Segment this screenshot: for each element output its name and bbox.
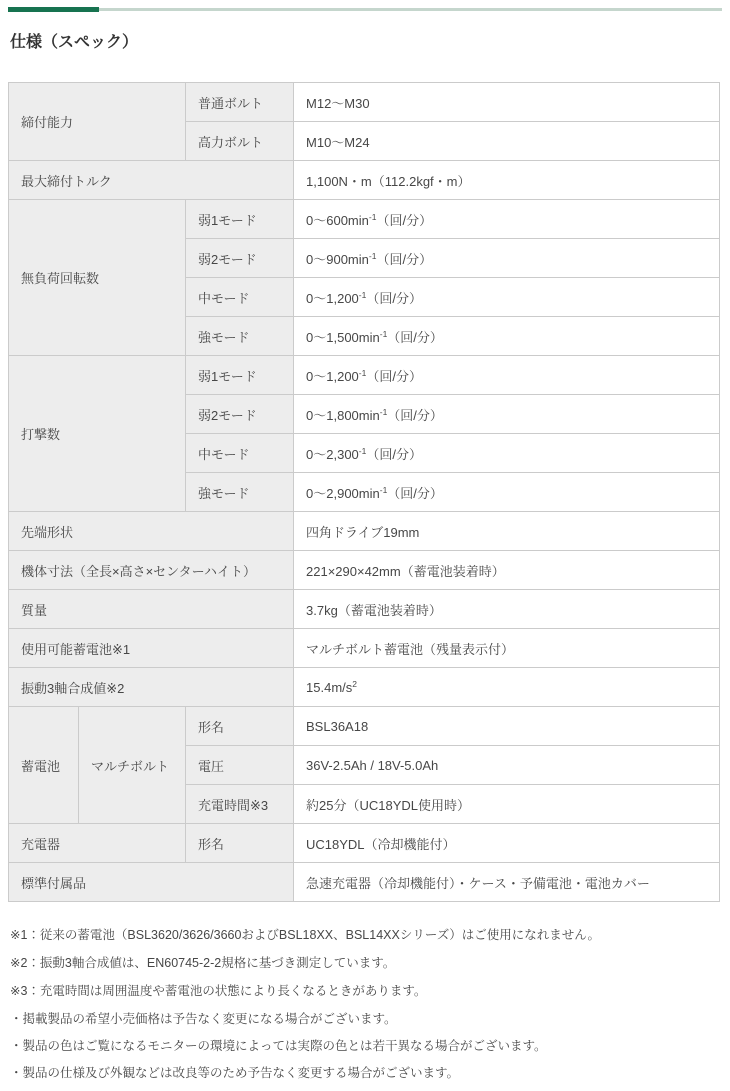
spec-value-battery-model: BSL36A18 bbox=[294, 707, 720, 746]
disclaimer-2: ・製品の色はご覧になるモニターの環境によっては実際の色とは若干異なる場合がござい… bbox=[10, 1037, 722, 1056]
disclaimer-3: ・製品の仕様及び外観などは改良等のため予告なく変更する場合がございます。 bbox=[10, 1064, 722, 1083]
value-unit: （回/分） bbox=[366, 291, 422, 306]
footnote-2: ※2：振動3軸合成値は、EN60745-2-2規格に基づき測定しています。 bbox=[10, 954, 722, 973]
spec-value-battery-charge-time: 約25分（UC18YDL使用時） bbox=[294, 785, 720, 824]
section-accent-rule bbox=[8, 7, 722, 12]
spec-table: 締付能力 普通ボルト M12～M30 高力ボルト M10～M24 最大締付トルク… bbox=[8, 82, 720, 902]
spec-value-charger-model: UC18YDL（冷却機能付） bbox=[294, 824, 720, 863]
spec-value-normal-bolt: M12～M30 bbox=[294, 83, 720, 122]
spec-label-impact-rate: 打撃数 bbox=[9, 356, 186, 512]
spec-sublabel-no-load-mode-1: 弱1モード bbox=[186, 200, 294, 239]
spec-label-tip-shape: 先端形状 bbox=[9, 512, 294, 551]
value-text: 0～1,500min bbox=[306, 330, 380, 345]
spec-value-dimensions: 221×290×42mm（蓄電池装着時） bbox=[294, 551, 720, 590]
table-row: 蓄電池 マルチボルト 形名 BSL36A18 bbox=[9, 707, 720, 746]
spec-label-tightening: 締付能力 bbox=[9, 83, 186, 161]
spec-label-dimensions: 機体寸法（全長×高さ×センターハイト） bbox=[9, 551, 294, 590]
superscript: -1 bbox=[369, 212, 377, 222]
spec-sublabel-battery-charge-time: 充電時間※3 bbox=[186, 785, 294, 824]
spec-value-high-bolt: M10～M24 bbox=[294, 122, 720, 161]
disclaimer-1: ・掲載製品の希望小売価格は予告なく変更になる場合がございます。 bbox=[10, 1010, 722, 1029]
table-row: 標準付属品 急速充電器（冷却機能付）・ケース・予備電池・電池カバー bbox=[9, 863, 720, 902]
spec-value-no-load-mode-1: 0～600min-1（回/分） bbox=[294, 200, 720, 239]
spec-sublabel-impact-mode-2: 弱2モード bbox=[186, 395, 294, 434]
spec-label-accessories: 標準付属品 bbox=[9, 863, 294, 902]
accent-rule-light-segment bbox=[99, 8, 722, 11]
superscript: -1 bbox=[380, 329, 388, 339]
spec-label-battery: 蓄電池 bbox=[9, 707, 79, 824]
value-text: 0～600min bbox=[306, 213, 369, 228]
value-text: 15.4m/s bbox=[306, 680, 352, 695]
accent-rule-dark-segment bbox=[8, 7, 99, 12]
page-title: 仕様（スペック） bbox=[10, 33, 722, 53]
footnotes-section: ※1：従来の蓄電池（BSL3620/3626/3660およびBSL18XX、BS… bbox=[10, 926, 722, 1001]
value-text: 0～1,800min bbox=[306, 408, 380, 423]
spec-sublabel-impact-mode-3: 中モード bbox=[186, 434, 294, 473]
spec-sublabel-normal-bolt: 普通ボルト bbox=[186, 83, 294, 122]
spec-label-max-torque: 最大締付トルク bbox=[9, 161, 294, 200]
spec-label-battery-type: マルチボルト bbox=[79, 707, 186, 824]
spec-sublabel-high-bolt: 高力ボルト bbox=[186, 122, 294, 161]
spec-label-no-load-speed: 無負荷回転数 bbox=[9, 200, 186, 356]
spec-value-no-load-mode-3: 0～1,200-1（回/分） bbox=[294, 278, 720, 317]
table-row: 打撃数 弱1モード 0～1,200-1（回/分） bbox=[9, 356, 720, 395]
spec-value-impact-mode-1: 0～1,200-1（回/分） bbox=[294, 356, 720, 395]
value-text: 0～1,200 bbox=[306, 369, 359, 384]
footnote-3: ※3：充電時間は周囲温度や蓄電池の状態により長くなるときがあります。 bbox=[10, 982, 722, 1001]
spec-value-weight: 3.7kg（蓄電池装着時） bbox=[294, 590, 720, 629]
spec-sublabel-battery-voltage: 電圧 bbox=[186, 746, 294, 785]
value-unit: （回/分） bbox=[366, 447, 422, 462]
table-row: 先端形状 四角ドライブ19mm bbox=[9, 512, 720, 551]
value-unit: （回/分） bbox=[387, 330, 443, 345]
value-unit: （回/分） bbox=[376, 252, 432, 267]
table-row: 質量 3.7kg（蓄電池装着時） bbox=[9, 590, 720, 629]
spec-sublabel-no-load-mode-3: 中モード bbox=[186, 278, 294, 317]
superscript: -1 bbox=[380, 407, 388, 417]
spec-sublabel-charger-model: 形名 bbox=[186, 824, 294, 863]
footnote-1: ※1：従来の蓄電池（BSL3620/3626/3660およびBSL18XX、BS… bbox=[10, 926, 722, 945]
spec-label-charger: 充電器 bbox=[9, 824, 186, 863]
table-row: 振動3軸合成値※2 15.4m/s2 bbox=[9, 668, 720, 707]
table-row: 充電器 形名 UC18YDL（冷却機能付） bbox=[9, 824, 720, 863]
spec-sublabel-battery-model: 形名 bbox=[186, 707, 294, 746]
superscript: 2 bbox=[352, 679, 357, 689]
spec-value-vibration: 15.4m/s2 bbox=[294, 668, 720, 707]
spec-label-weight: 質量 bbox=[9, 590, 294, 629]
spec-value-tip-shape: 四角ドライブ19mm bbox=[294, 512, 720, 551]
table-row: 機体寸法（全長×高さ×センターハイト） 221×290×42mm（蓄電池装着時） bbox=[9, 551, 720, 590]
spec-label-usable-battery: 使用可能蓄電池※1 bbox=[9, 629, 294, 668]
spec-value-impact-mode-2: 0～1,800min-1（回/分） bbox=[294, 395, 720, 434]
value-unit: （回/分） bbox=[387, 408, 443, 423]
table-row: 無負荷回転数 弱1モード 0～600min-1（回/分） bbox=[9, 200, 720, 239]
spec-value-impact-mode-4: 0～2,900min-1（回/分） bbox=[294, 473, 720, 512]
value-unit: （回/分） bbox=[376, 213, 432, 228]
spec-value-no-load-mode-2: 0～900min-1（回/分） bbox=[294, 239, 720, 278]
value-text: 0～900min bbox=[306, 252, 369, 267]
spec-value-no-load-mode-4: 0～1,500min-1（回/分） bbox=[294, 317, 720, 356]
superscript: -1 bbox=[359, 368, 367, 378]
spec-value-usable-battery: マルチボルト蓄電池（残量表示付） bbox=[294, 629, 720, 668]
table-row: 締付能力 普通ボルト M12～M30 bbox=[9, 83, 720, 122]
spec-sublabel-impact-mode-4: 強モード bbox=[186, 473, 294, 512]
spec-value-accessories: 急速充電器（冷却機能付）・ケース・予備電池・電池カバー bbox=[294, 863, 720, 902]
disclaimers-section: ・掲載製品の希望小売価格は予告なく変更になる場合がございます。 ・製品の色はご覧… bbox=[10, 1010, 722, 1083]
spec-value-max-torque: 1,100N・m（112.2kgf・m） bbox=[294, 161, 720, 200]
superscript: -1 bbox=[369, 251, 377, 261]
value-text: 0～2,900min bbox=[306, 486, 380, 501]
value-unit: （回/分） bbox=[366, 369, 422, 384]
spec-sublabel-no-load-mode-2: 弱2モード bbox=[186, 239, 294, 278]
spec-sublabel-impact-mode-1: 弱1モード bbox=[186, 356, 294, 395]
table-row: 最大締付トルク 1,100N・m（112.2kgf・m） bbox=[9, 161, 720, 200]
superscript: -1 bbox=[359, 446, 367, 456]
spec-value-impact-mode-3: 0～2,300-1（回/分） bbox=[294, 434, 720, 473]
spec-label-vibration: 振動3軸合成値※2 bbox=[9, 668, 294, 707]
table-row: 使用可能蓄電池※1 マルチボルト蓄電池（残量表示付） bbox=[9, 629, 720, 668]
value-unit: （回/分） bbox=[387, 486, 443, 501]
spec-value-battery-voltage: 36V-2.5Ah / 18V-5.0Ah bbox=[294, 746, 720, 785]
spec-sublabel-no-load-mode-4: 強モード bbox=[186, 317, 294, 356]
superscript: -1 bbox=[359, 290, 367, 300]
value-text: 0～1,200 bbox=[306, 291, 359, 306]
value-text: 0～2,300 bbox=[306, 447, 359, 462]
superscript: -1 bbox=[380, 485, 388, 495]
